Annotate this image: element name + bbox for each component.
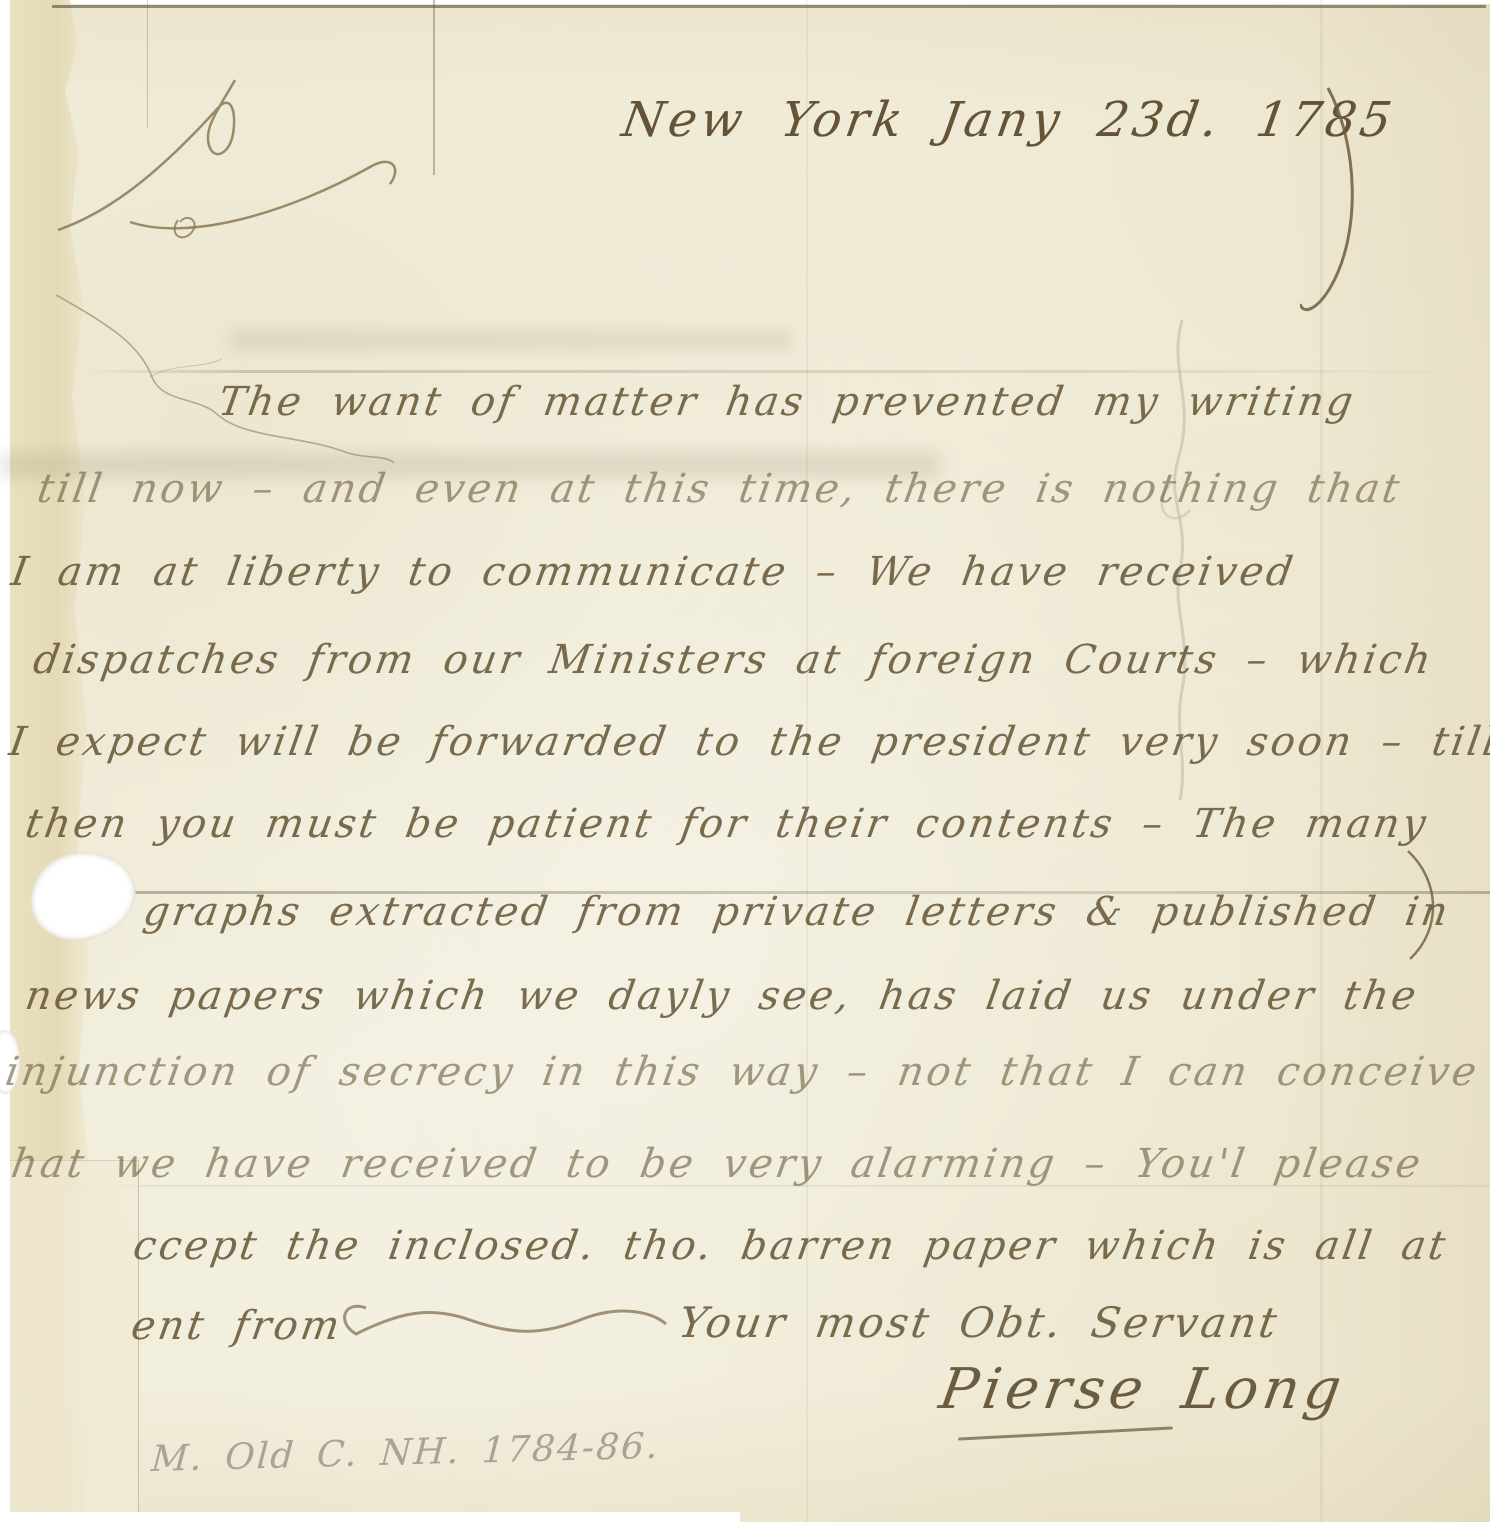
paper-top-edge	[52, 5, 1486, 8]
letter-line: then you must be patient for their conte…	[22, 800, 1432, 848]
letter-line: ent from	[128, 1302, 346, 1350]
letter-line: hat we have received to be very alarming…	[8, 1140, 1427, 1188]
paper-bottom-edge	[0, 1512, 740, 1522]
letter-line: The want of matter has prevented my writ…	[215, 378, 1359, 426]
closing-line: Your most Obt. Servant	[675, 1298, 1283, 1348]
letter-line: graphs extracted from private letters & …	[140, 888, 1454, 936]
letter-line: till now – and even at this time, there …	[34, 465, 1405, 513]
letter-line: I am at liberty to communicate – We have…	[8, 548, 1299, 596]
letter-line: I expect will be forwarded to the presid…	[6, 718, 1490, 766]
letter-line: ccept the inclosed. tho. barren paper wh…	[130, 1222, 1452, 1270]
letter-line: injunction of secrecy in this way – not …	[2, 1048, 1483, 1096]
dateline: New York Jany 23d. 1785	[618, 92, 1399, 150]
letter-line: news papers which we dayly see, has laid…	[22, 972, 1422, 1020]
letter-line: dispatches from our Ministers at foreign…	[30, 636, 1437, 684]
signature: Pierse Long	[935, 1356, 1351, 1423]
letter-scan: New York Jany 23d. 1785 The want of matt…	[0, 0, 1490, 1522]
repair-patch	[10, 1160, 139, 1522]
